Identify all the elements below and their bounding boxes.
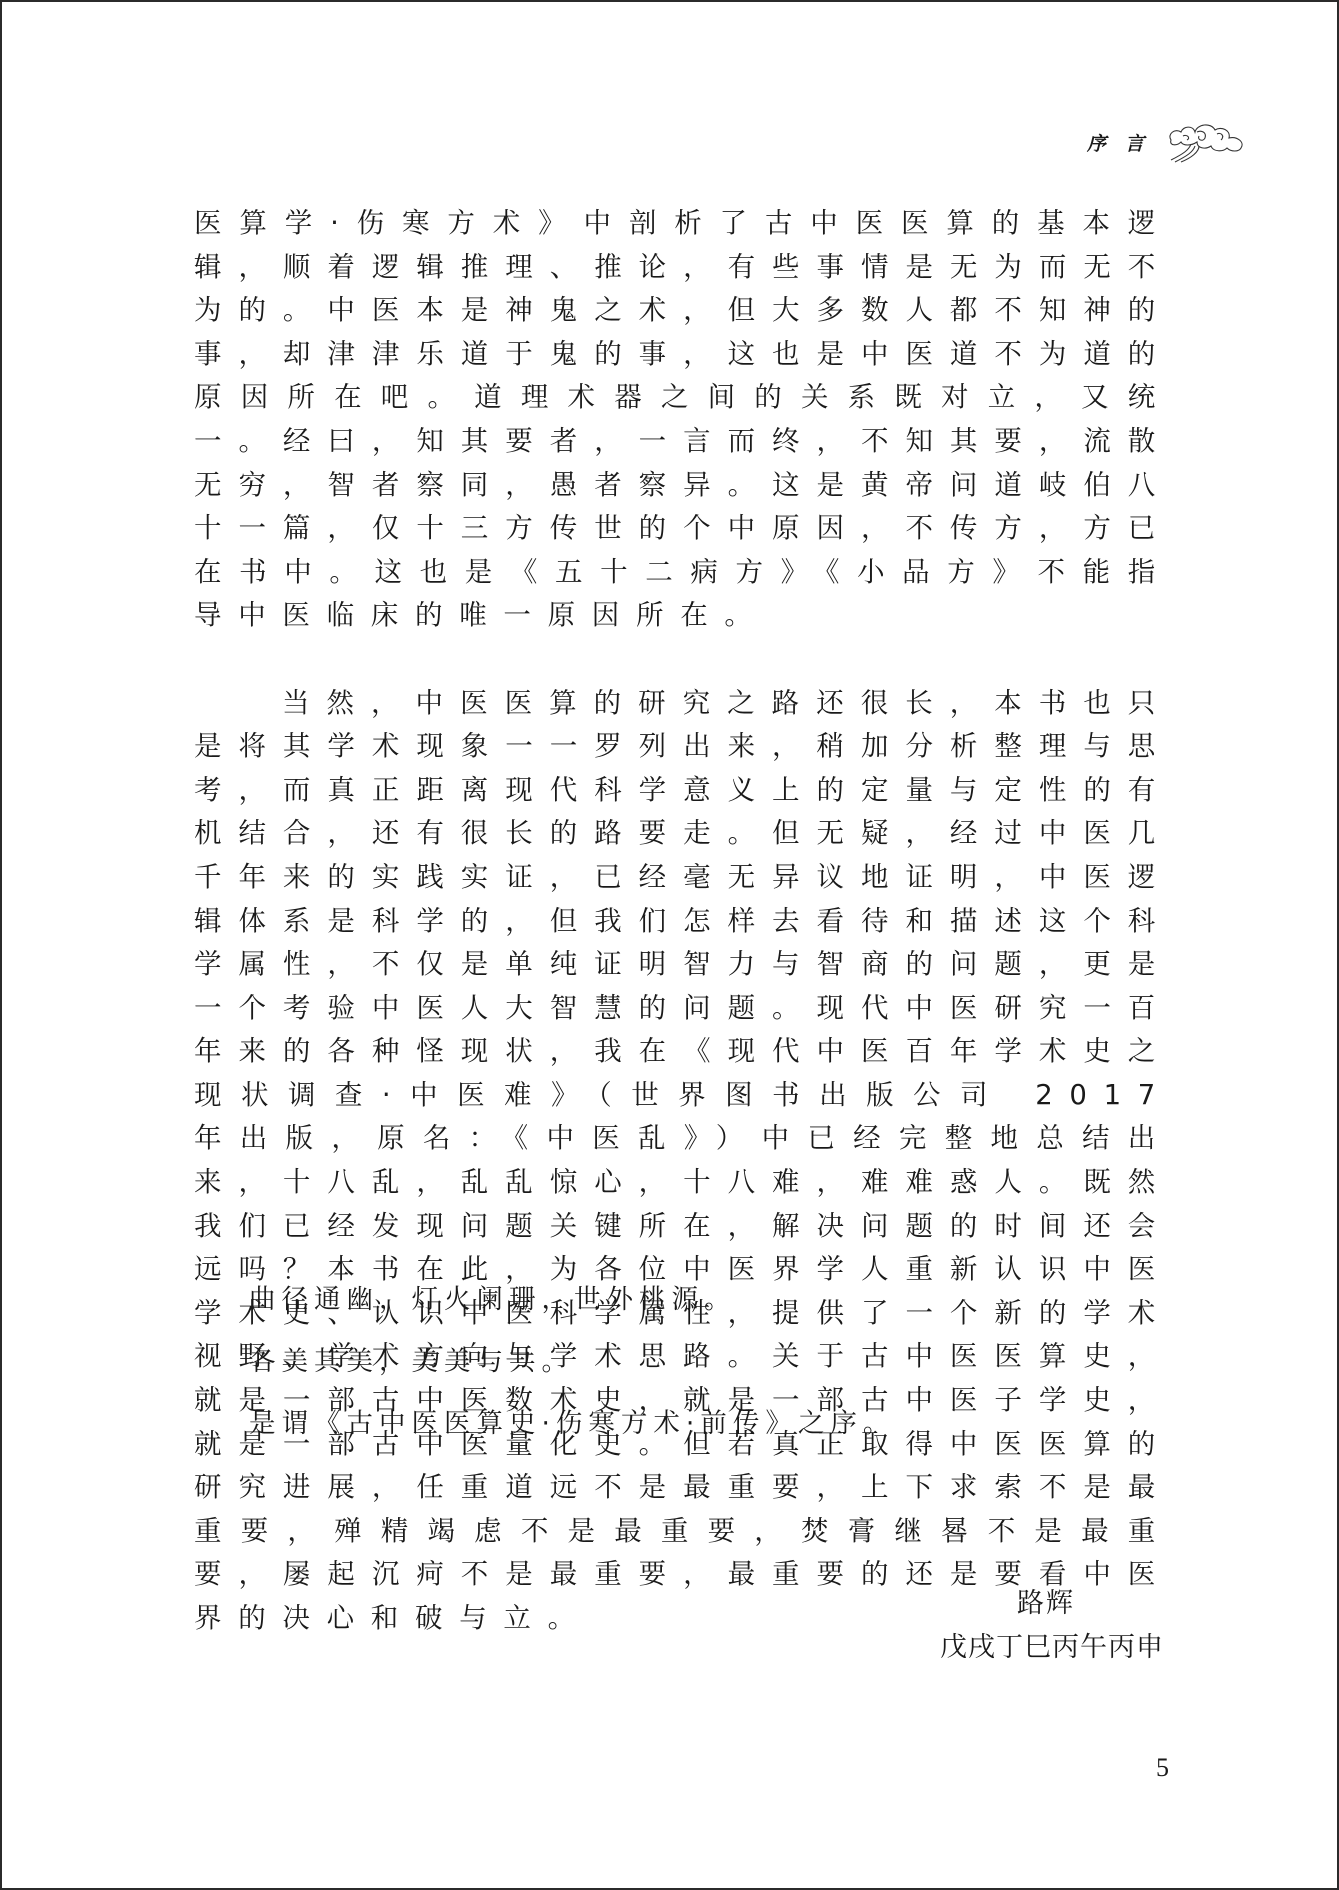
book-page: 序言 医算学·伤寒方术》中剖析了古中医医算的基本逻辑，顺着逻辑推理、推论，有些事…	[0, 0, 1339, 1890]
cloud-icon	[1161, 120, 1251, 164]
paragraph-1: 医算学·伤寒方术》中剖析了古中医医算的基本逻辑，顺着逻辑推理、推论，有些事情是无…	[194, 202, 1172, 638]
closing-lines: 曲径通幽，灯火阑珊，世外桃源。 各美其美，美美与共。 是谓《古中医医算史·伤寒方…	[249, 1280, 895, 1462]
closing-line-1: 曲径通幽，灯火阑珊，世外桃源。	[249, 1280, 895, 1338]
closing-line-3: 是谓《古中医医算史·伤寒方术·前传》之序。	[249, 1404, 895, 1462]
author-name: 路辉	[940, 1582, 1164, 1626]
signature-block: 路辉 戊戌丁巳丙午丙申	[940, 1582, 1164, 1670]
page-number: 5	[1156, 1753, 1169, 1783]
signature-date: 戊戌丁巳丙午丙申	[940, 1626, 1164, 1670]
paragraph-2: 当然，中医医算的研究之路还很长，本书也只是将其学术现象一一罗列出来，稍加分析整理…	[194, 682, 1172, 1641]
chapter-title: 序言	[1087, 129, 1163, 156]
running-header: 序言	[1087, 122, 1251, 162]
closing-line-2: 各美其美，美美与共。	[249, 1342, 895, 1400]
